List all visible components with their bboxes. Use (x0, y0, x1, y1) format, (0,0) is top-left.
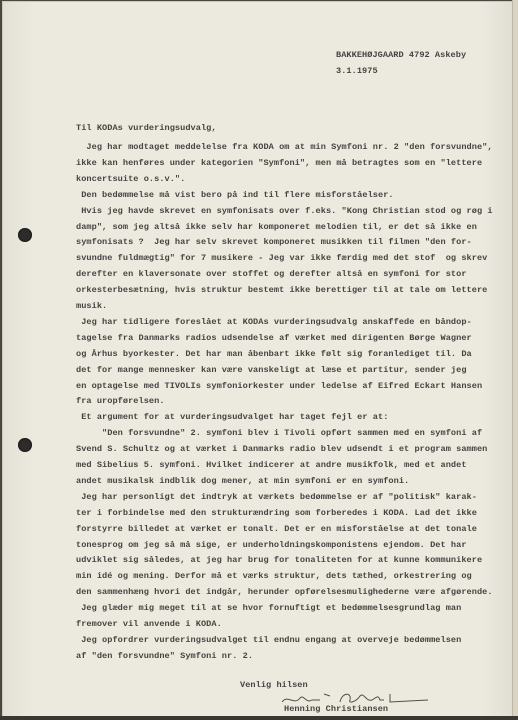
letter-line: Svend S. Schultz og at værket i Danmarks… (76, 444, 487, 454)
letter-line: symfonisats ? Jeg har selv skrevet kompo… (76, 237, 472, 247)
salutation: Til KODAs vurderingsudvalg, (76, 123, 217, 133)
letter-line: min idé og mening. Derfor må et værks st… (76, 571, 472, 581)
signer-name: Henning Christiansen (284, 704, 388, 714)
letter-line: Jeg har modtaget meddelelse fra KODA om … (76, 142, 493, 152)
letter-line: forstyrre billedet at værket er tonalt. … (76, 524, 477, 534)
punch-hole-icon (18, 438, 32, 452)
letter-line: Jeg har personligt det indtryk at værket… (76, 492, 477, 502)
letter-line: Den bedømmelse må vist bero på ind til f… (76, 190, 394, 200)
letter-line: med Sibelius 5. symfoni. Hvilket indicer… (76, 460, 467, 470)
letter-line: Jeg har tidligere foreslået at KODAs vur… (76, 317, 472, 327)
punch-hole-icon (18, 228, 32, 242)
letter-line: Et argument for at vurderingsudvalget ha… (76, 412, 388, 422)
letter-line: andet musikalsk indblik dog mener, at mi… (76, 476, 409, 486)
letter-line: udviklet sig således, at jeg har brug fo… (76, 555, 482, 565)
letter-line: musik. (76, 301, 107, 311)
letter-line: derefter en klaversonate over stoffet og… (76, 269, 467, 279)
letter-line: "Den forsvundne" 2. symfoni blev i Tivol… (76, 428, 482, 438)
letter-line: Jeg glæder mig meget til at se hvor forn… (76, 603, 461, 613)
letter-line: det for mange mennesker kan være vanskel… (76, 365, 467, 375)
sender-address: BAKKEHØJGAARD 4792 Askeby (336, 50, 466, 60)
letter-line: Jeg opfordrer vurderingsudvalget til end… (76, 635, 461, 645)
letter-line: og Århus byorkester. Det har man åbenbar… (76, 349, 472, 359)
letter-line: koncertsuite o.s.v.". (76, 174, 185, 184)
letter-line: fremover vil anvende i KODA. (76, 619, 222, 629)
letter-line: tagelse fra Danmarks radios udsendelse a… (76, 333, 472, 343)
letter-date: 3.1.1975 (336, 66, 378, 76)
letter-line: ter i forbindelse med den strukturændrin… (76, 508, 477, 518)
letter-line: fra uropførelsen. (76, 396, 165, 406)
letter-line: den sammenhæng hvori det indgår, herunde… (76, 587, 493, 597)
letter-line: ikke kan henføres under kategorien "Symf… (76, 158, 482, 168)
letter-line: damp", som jeg altså ikke selv har kompo… (76, 222, 477, 232)
scan-border (0, 716, 518, 720)
page-edge (512, 0, 518, 720)
letter-line: af "den forsvundne" Symfoni nr. 2. (76, 651, 253, 661)
letter-line: en optagelse med TIVOLIs symfoniorkester… (76, 381, 482, 391)
letter-line: tonesprog om jeg så må sige, er underhol… (76, 540, 467, 550)
letter-line: orkesterbesætning, hvis struktur bestemt… (76, 285, 487, 295)
letter-line: svundne fuldmægtig" for 7 musikere - Jeg… (76, 253, 487, 263)
letter-line: Hvis jeg havde skrevet en symfonisats ov… (76, 206, 493, 216)
